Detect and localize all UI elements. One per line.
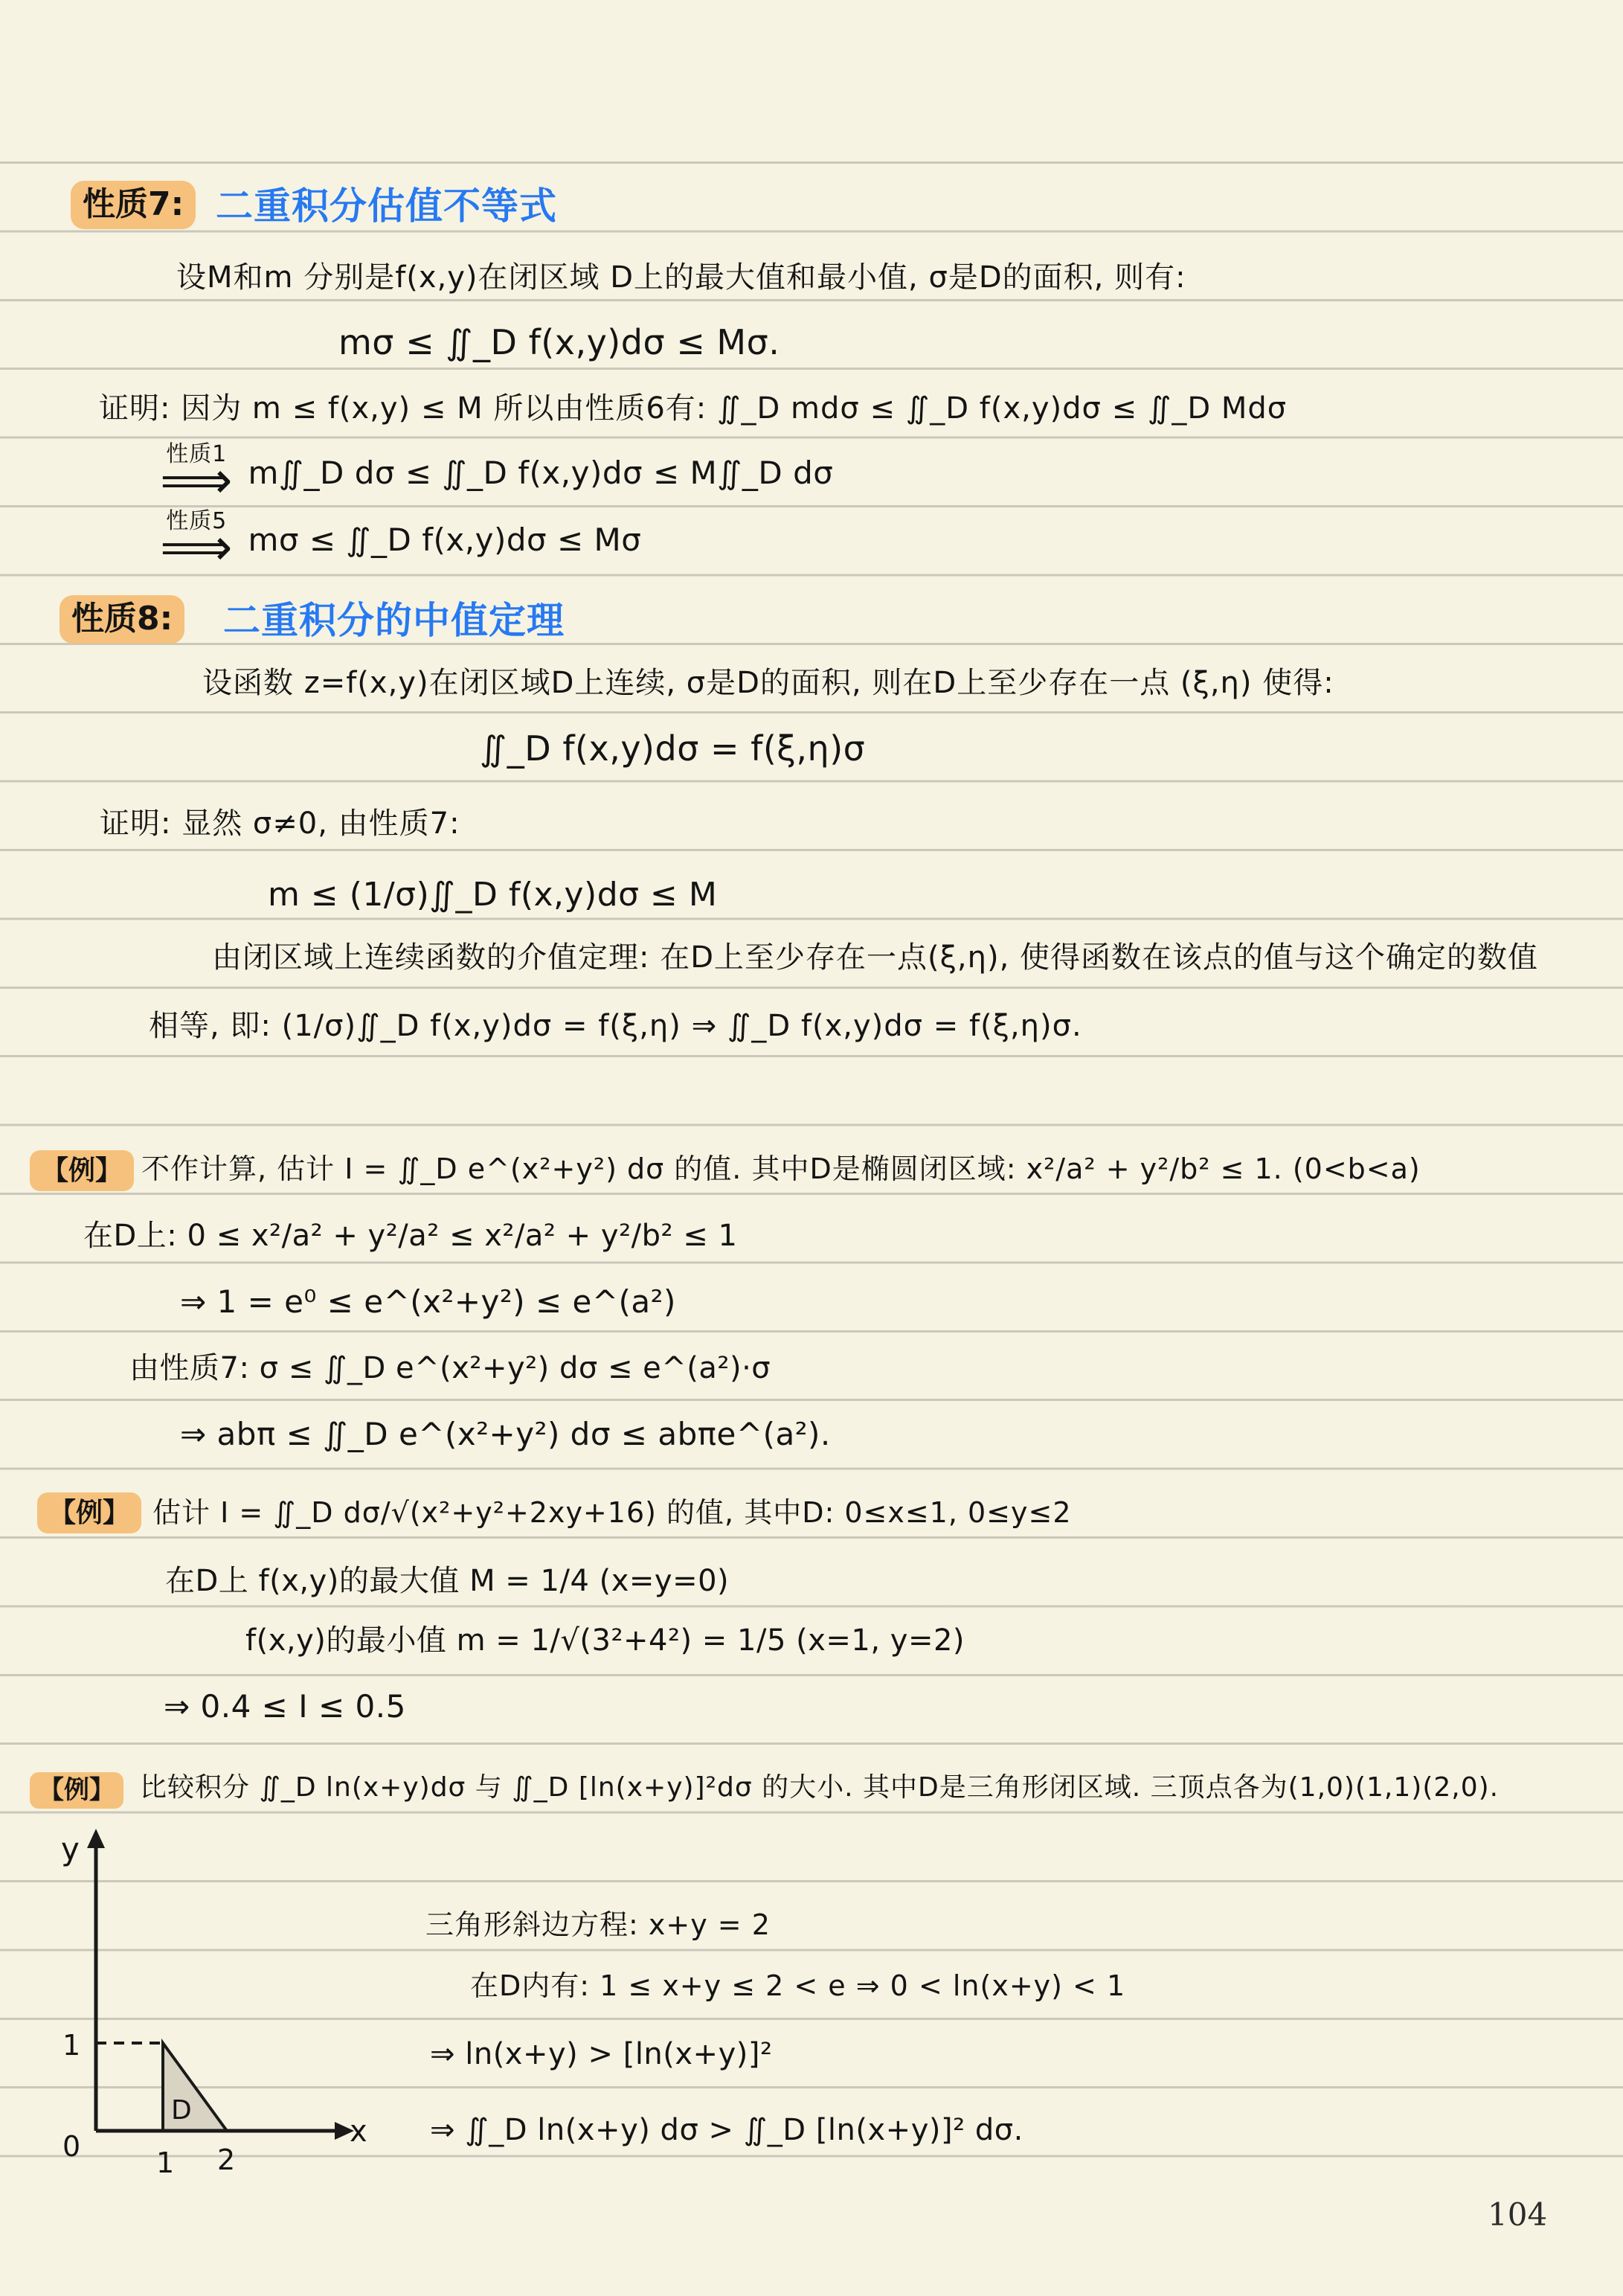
example1-line2: ⇒ 1 = e⁰ ≤ e^(x²+y²) ≤ e^(a²): [180, 1283, 676, 1322]
property8-title: 二重积分的中值定理: [223, 597, 565, 644]
example2-line2: f(x,y)的最小值 m = 1/√(3²+4²) = 1/5 (x=1, y=…: [245, 1622, 965, 1659]
example3-note4: ⇒ ∬_D ln(x+y) dσ > ∬_D [ln(x+y)]² dσ.: [430, 2111, 1023, 2149]
x-axis-label: x: [350, 2114, 367, 2149]
example3-note2: 在D内有: 1 ≤ x+y ≤ 2 < e ⇒ 0 < ln(x+y) < 1: [470, 1969, 1125, 2004]
x-tick2-label: 2: [217, 2143, 235, 2176]
y-axis-label: y: [61, 1831, 80, 1867]
y-axis-arrow-icon: [87, 1829, 105, 1848]
example3-note1: 三角形斜边方程: x+y = 2: [425, 1908, 771, 1943]
triangle-region-diagram: y x 1 0 1 2 D: [30, 1815, 379, 2187]
property7-formula: mσ ≤ ∬_D f(x,y)dσ ≤ Mσ.: [338, 321, 780, 365]
proof-step-2: 性质5 ⟹ mσ ≤ ∬_D f(x,y)dσ ≤ Mσ: [160, 510, 641, 571]
page-number: 104: [1488, 2196, 1547, 2233]
property7-proof-line: 证明: 因为 m ≤ f(x,y) ≤ M 所以由性质6有: ∬_D mdσ ≤…: [99, 390, 1287, 427]
proof-step-1: 性质1 ⟹ m∬_D dσ ≤ ∬_D f(x,y)dσ ≤ M∬_D dσ: [160, 443, 833, 504]
property8-proof-line1: 证明: 显然 σ≠0, 由性质7:: [100, 805, 460, 842]
region-label: D: [171, 2095, 192, 2126]
step1-formula: m∬_D dσ ≤ ∬_D f(x,y)dσ ≤ M∬_D dσ: [248, 454, 833, 493]
double-arrow-icon: ⟹: [160, 525, 233, 571]
example3-statement: 比较积分 ∬_D ln(x+y)dσ 与 ∬_D [ln(x+y)]²dσ 的大…: [140, 1771, 1499, 1804]
property8-proof-line2: 由闭区域上连续函数的介值定理: 在D上至少存在一点(ξ,η), 使得函数在该点的…: [212, 939, 1538, 976]
origin-label: 0: [62, 2130, 80, 2163]
property7-statement: 设M和m 分别是f(x,y)在闭区域 D上的最大值和最小值, σ是D的面积, 则…: [176, 259, 1186, 296]
y-tick-label: 1: [62, 2029, 80, 2062]
double-arrow-icon: ⟹: [160, 458, 233, 504]
property8-formula2: m ≤ (1/σ)∬_D f(x,y)dσ ≤ M: [268, 874, 717, 915]
x-tick1-label: 1: [156, 2146, 174, 2179]
property8-formula: ∬_D f(x,y)dσ = f(ξ,η)σ: [480, 728, 865, 771]
property7-title: 二重积分估值不等式: [216, 183, 557, 230]
example1-line3: 由性质7: σ ≤ ∬_D e^(x²+y²) dσ ≤ e^(a²)·σ: [129, 1350, 771, 1387]
example1-badge: 【例】: [30, 1150, 134, 1191]
property7-badge: 性质7:: [71, 181, 196, 229]
property8-badge: 性质8:: [60, 595, 184, 644]
property8-statement: 设函数 z=f(x,y)在闭区域D上连续, σ是D的面积, 则在D上至少存在一点…: [202, 664, 1334, 702]
example3-badge: 【例】: [30, 1772, 123, 1809]
example2-line3: ⇒ 0.4 ≤ I ≤ 0.5: [164, 1687, 406, 1727]
example2-line1: 在D上 f(x,y)的最大值 M = 1/4 (x=y=0): [165, 1562, 729, 1600]
example2-badge: 【例】: [37, 1492, 141, 1533]
example1-statement: 不作计算, 估计 I = ∬_D e^(x²+y²) dσ 的值. 其中D是椭圆…: [141, 1152, 1421, 1187]
example1-line1: 在D上: 0 ≤ x²/a² + y²/a² ≤ x²/a² + y²/b² ≤…: [83, 1217, 737, 1254]
labeled-arrow: 性质5 ⟹: [160, 510, 233, 571]
example1-line4: ⇒ abπ ≤ ∬_D e^(x²+y²) dσ ≤ abπe^(a²).: [180, 1415, 831, 1455]
example3-note3: ⇒ ln(x+y) > [ln(x+y)]²: [430, 2036, 773, 2073]
labeled-arrow: 性质1 ⟹: [160, 443, 233, 504]
step2-formula: mσ ≤ ∬_D f(x,y)dσ ≤ Mσ: [248, 521, 641, 560]
notebook-page: 性质7: 二重积分估值不等式 设M和m 分别是f(x,y)在闭区域 D上的最大值…: [0, 0, 1623, 2296]
property8-proof-line3: 相等, 即: (1/σ)∬_D f(x,y)dσ = f(ξ,η) ⇒ ∬_D …: [149, 1007, 1082, 1045]
example2-statement: 估计 I = ∬_D dσ/√(x²+y²+2xy+16) 的值, 其中D: 0…: [152, 1495, 1072, 1531]
